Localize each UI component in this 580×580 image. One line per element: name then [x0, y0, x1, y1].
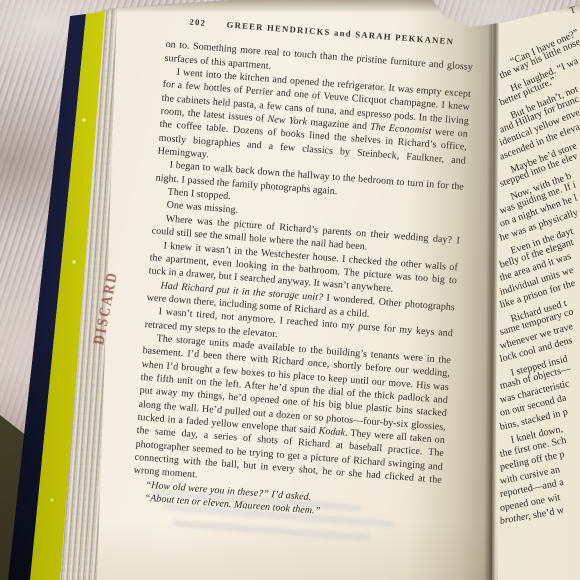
open-book: 202 GREER HENDRICKS and SARAH PEKKANEN o…	[0, 0, 580, 580]
photo-of-open-book: 202 GREER HENDRICKS and SARAH PEKKANEN o…	[0, 0, 580, 580]
gutter-shadow	[408, 0, 492, 580]
paragraph: The storage units made available to the …	[133, 331, 451, 500]
